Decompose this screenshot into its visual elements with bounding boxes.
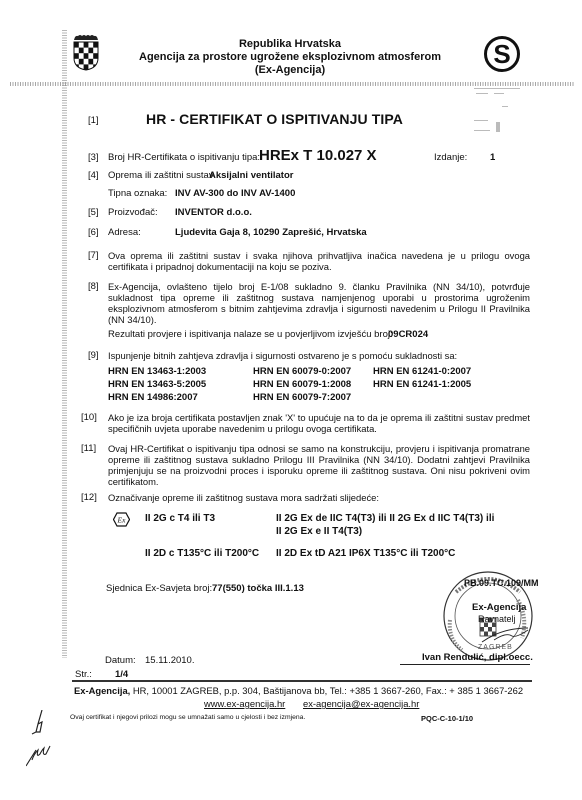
type-designation-label: Tipna oznaka: — [108, 188, 167, 199]
croatian-coat-of-arms-icon — [72, 34, 100, 71]
report-label: Rezultati provjere i ispitivanja nalaze … — [108, 329, 393, 340]
section-12-text: Označivanje opreme ili zaštitnog sustava… — [108, 492, 530, 503]
left-decorative-border — [62, 30, 67, 658]
standard-item: HRN EN 60079-7:2007 — [253, 392, 351, 403]
standard-item: HRN EN 14986:2007 — [108, 392, 198, 403]
section-number-4: [4] — [88, 170, 99, 181]
date-label: Datum: — [105, 655, 136, 666]
issue-value: 1 — [490, 152, 495, 163]
standard-item: HRN EN 60079-1:2008 — [253, 379, 351, 390]
section-8-text: Ex-Agencija, ovlašteno tijelo broj E-1/0… — [108, 281, 530, 325]
cert-number-label: Broj HR-Certifikata o ispitivanju tipa: — [108, 152, 260, 163]
copy-notice: Ovaj certifikat i njegovi prilozi mogu s… — [70, 714, 305, 721]
margin-initials-signature — [26, 710, 66, 770]
seal-organization: Ex-Agencija — [472, 602, 526, 613]
seal-reference: PB.09.TC.109/MM — [464, 578, 539, 588]
session-label: Sjednica Ex-Savjeta broj: — [106, 583, 212, 594]
section-number-1: [1] — [88, 115, 99, 126]
footer-address: Ex-Agencija, HR, 10001 ZAGREB, p.p. 304,… — [74, 685, 534, 696]
issue-label: Izdanje: — [434, 152, 467, 163]
standard-item: HRN EN 13463-1:2003 — [108, 366, 206, 377]
section-number-3: [3] — [88, 152, 99, 163]
manufacturer-label: Proizvođač: — [108, 207, 158, 218]
section-number-9: [9] — [88, 350, 99, 361]
marking-dust-left: II 2D c T135°C ili T200°C — [145, 548, 259, 560]
section-number-5: [5] — [88, 207, 99, 218]
section-11-text: Ovaj HR-Certifikat o ispitivanju tipa od… — [108, 443, 530, 487]
website-link[interactable]: www.ex-agencija.hr — [204, 698, 285, 709]
section-number-6: [6] — [88, 227, 99, 238]
section-7-text: Ova oprema ili zaštitni sustav i svaka n… — [108, 250, 530, 272]
email-link[interactable]: ex-agencija@ex-agencija.hr — [303, 698, 419, 709]
type-designation-value: INV AV-300 do INV AV-1400 — [175, 188, 295, 199]
s-mark-logo-icon: S — [484, 36, 520, 72]
form-code: PQC-C-10-1/10 — [421, 714, 473, 723]
date-value: 15.11.2010. — [145, 655, 194, 666]
ex-hexagon-icon: Ex — [113, 512, 130, 527]
page-value: 1/4 — [115, 669, 128, 680]
footer-org: Ex-Agencija, — [74, 685, 130, 696]
marking-gas-right-1: II 2G Ex de IIC T4(T3) ili II 2G Ex d II… — [276, 513, 494, 525]
section-number-10: [10] — [81, 412, 97, 423]
equipment-value: Aksijalni ventilator — [209, 170, 293, 181]
signatory-name: Ivan Rendulić, dipl.oecc. — [422, 652, 533, 663]
report-number: 09CR024 — [388, 329, 428, 340]
manufacturer-value: INVENTOR d.o.o. — [175, 207, 252, 218]
section-10-text: Ako je iza broja certifikata postavljen … — [108, 412, 530, 434]
faint-stamp-mark — [472, 86, 532, 136]
standard-item: HRN EN 61241-1:2005 — [373, 379, 471, 390]
agency-header: Republika Hrvatska Agencija za prostore … — [100, 38, 480, 77]
header-country: Republika Hrvatska — [100, 38, 480, 51]
seal-role: Ravnatelj — [478, 614, 516, 624]
section-number-12: [12] — [81, 492, 97, 503]
section-number-8: [8] — [88, 281, 99, 292]
footer-divider — [72, 680, 532, 682]
standard-item: HRN EN 60079-0:2007 — [253, 366, 351, 377]
section-number-7: [7] — [88, 250, 99, 261]
address-label: Adresa: — [108, 227, 141, 238]
marking-gas-left: II 2G c T4 ili T3 — [145, 513, 215, 525]
marking-dust-right: II 2D Ex tD A21 IP6X T135°C ili T200°C — [276, 548, 455, 560]
header-agency-short: (Ex-Agencija) — [100, 64, 480, 77]
seal-city: ZAGREB — [478, 644, 513, 651]
document-title: HR - CERTIFIKAT O ISPITIVANJU TIPA — [146, 111, 403, 127]
cert-number-value: HREx T 10.027 X — [259, 147, 377, 164]
footer-contact: HR, 10001 ZAGREB, p.p. 304, Baštijanova … — [130, 685, 523, 696]
section-9-text: Ispunjenje bitnih zahtjeva zdravlja i si… — [108, 350, 530, 361]
svg-text:Ex: Ex — [117, 516, 127, 525]
session-value: 77(550) točka III.1.13 — [212, 583, 304, 594]
address-value: Ljudevita Gaja 8, 10290 Zaprešić, Hrvats… — [175, 227, 367, 238]
standard-item: HRN EN 61241-0:2007 — [373, 366, 471, 377]
page-label: Str.: — [75, 669, 92, 680]
signature-line — [400, 664, 530, 665]
marking-gas-right-2: II 2G Ex e II T4(T3) — [276, 526, 362, 538]
header-agency-name: Agencija za prostore ugrožene eksplozivn… — [100, 51, 480, 64]
equipment-label: Oprema ili zaštitni sustav — [108, 170, 214, 181]
standard-item: HRN EN 13463-5:2005 — [108, 379, 206, 390]
section-number-11: [11] — [81, 443, 96, 454]
official-seal-stamp: PB.09.TC.109/MM Ex-Agencija Ravnatelj ZA… — [442, 570, 534, 662]
